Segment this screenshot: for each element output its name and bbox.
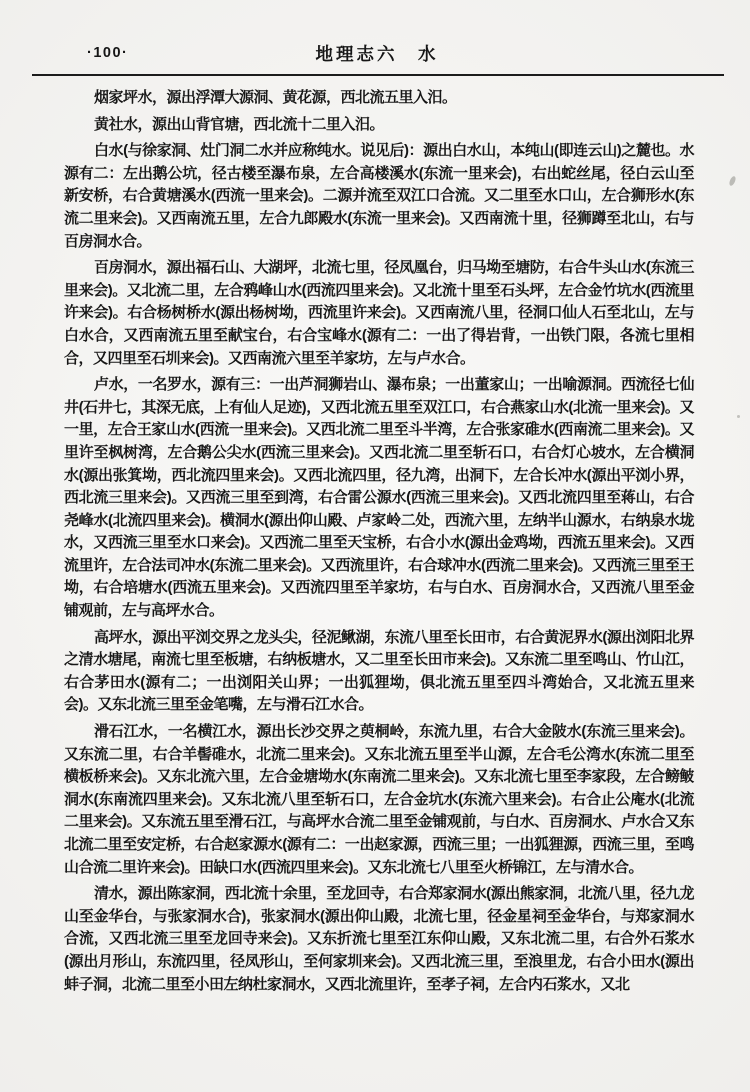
para-lu-water: 卢水，一名罗水，源有三：一出芦洞狮岩山、瀑布泉；一出董家山；一出喻源洞。西流径七… [64,374,694,623]
scan-speck [737,415,740,418]
page-header: ·100· 地理志六 水 [30,36,724,78]
para-qing-water: 清水，源出陈家洞，西北流十余里，至龙回寺，右合郑家洞水(源出熊家洞，北流八里，径… [64,883,694,996]
para-baifangdong-water: 百房洞水，源出福石山、大湖坪，北流七里，径凤凰台，归马坳至塘防，右合牛头山水(东… [64,257,694,370]
para-gaoping-water: 高坪水，源出平浏交界之龙头尖，径泥鳅湖，东流八里至长田市，右合黄泥界水(源出浏阳… [64,627,694,717]
para-huashijiang-water: 滑石江水，一名横江水，源出长沙交界之萸桐岭，东流九里，右合大金陂水(东流三里来会… [64,721,694,879]
scanned-book-page: { "header": { "page_number": "·100·", "t… [0,0,750,1092]
scan-speck [728,175,737,186]
page-body: 烟家坪水，源出浮潭大源洞、黄花源，西北流五里入汨。 黄社水，源出山背官塘，西北流… [64,87,694,1000]
header-rule [32,74,724,76]
para-huangshe-water: 黄社水，源出山背官塘，西北流十二里入汨。 [64,114,694,137]
para-yanjiaping-water: 烟家坪水，源出浮潭大源洞、黄花源，西北流五里入汨。 [64,87,694,110]
para-bai-water: 白水(与徐家洞、灶门洞二水并应称纯水。说见后)：源出白水山，本纯山(即连云山)之… [64,140,694,253]
page-title: 地理志六 水 [30,41,724,66]
